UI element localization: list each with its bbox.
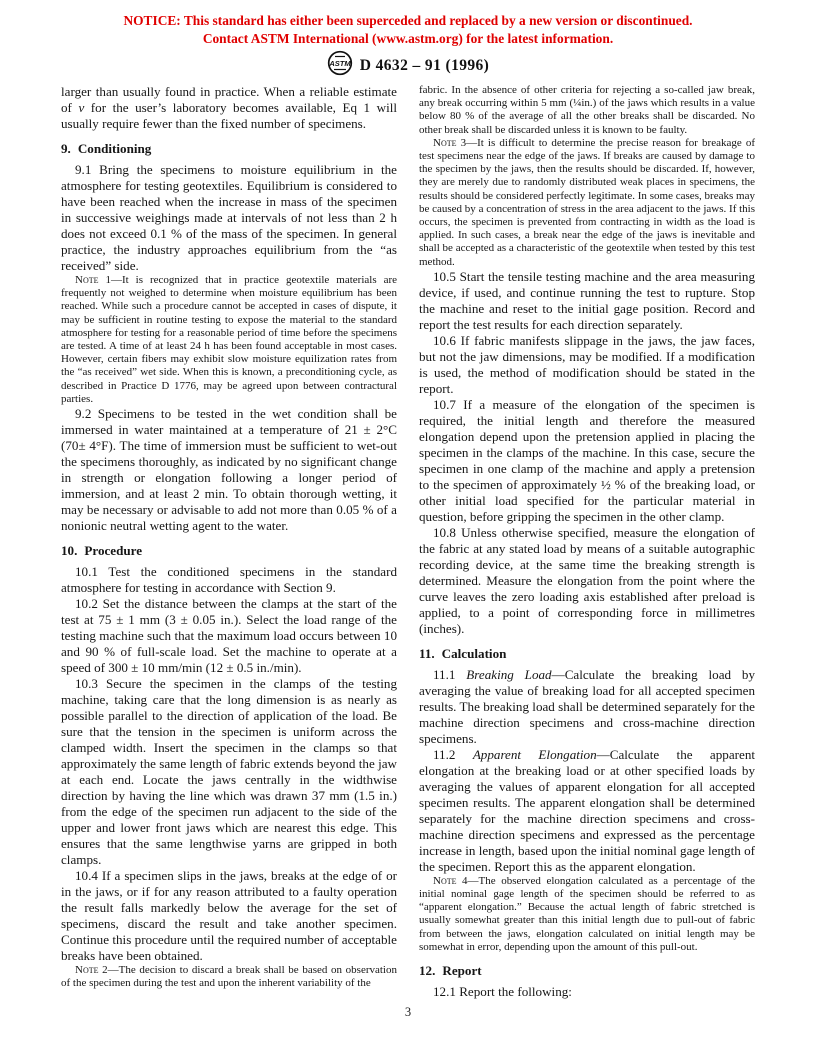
note-3: Note 3—It is difficult to determine the … (419, 137, 755, 269)
section-heading-11: 11.Calculation (419, 646, 755, 662)
section-heading-12: 12.Report (419, 963, 755, 979)
document-code: D 4632 – 91 (1996) (360, 57, 489, 75)
note-1-label: Note 1 (75, 274, 111, 286)
note-4-label: Note 4 (433, 875, 468, 887)
notice-line-2: Contact ASTM International (www.astm.org… (0, 30, 816, 48)
para-11-1: 11.1 Breaking Load—Calculate the breakin… (419, 667, 755, 747)
para-10-5: 10.5 Start the tensile testing machine a… (419, 269, 755, 333)
note-1: Note 1—It is recognized that in practice… (61, 274, 397, 406)
para-10-2: 10.2 Set the distance between the clamps… (61, 596, 397, 676)
section-heading-10: 10.Procedure (61, 543, 397, 559)
para-intro-continuation: larger than usually found in practice. W… (61, 84, 397, 132)
note-1-text: —It is recognized that in practice geote… (61, 274, 397, 405)
section-9-number: 9. (61, 141, 71, 156)
para-10-6: 10.6 If fabric manifests slippage in the… (419, 333, 755, 397)
para-10-1: 10.1 Test the conditioned specimens in t… (61, 564, 397, 596)
para-9-2: 9.2 Specimens to be tested in the wet co… (61, 406, 397, 534)
supersession-notice: NOTICE: This standard has either been su… (0, 12, 816, 48)
section-11-number: 11. (419, 646, 435, 661)
section-12-title: Report (442, 963, 481, 978)
note-3-label: Note 3 (433, 137, 466, 149)
para-12-1: 12.1 Report the following: (419, 984, 755, 1000)
para-11-2: 11.2 Apparent Elongation—Calculate the a… (419, 747, 755, 875)
para-11-2-text: —Calculate the apparent elongation at th… (419, 747, 755, 874)
section-12-number: 12. (419, 963, 435, 978)
section-heading-9: 9.Conditioning (61, 141, 397, 157)
note-2-label: Note 2 (75, 964, 108, 976)
section-9-title: Conditioning (78, 141, 152, 156)
document-code-line: ASTM D 4632 – 91 (1996) (0, 50, 816, 81)
astm-logo-icon: ASTM (327, 50, 353, 81)
para-11-2-term: Apparent Elongation (473, 747, 597, 762)
note-2-text: —The decision to discard a break shall b… (61, 964, 397, 989)
section-10-number: 10. (61, 543, 77, 558)
para-11-1-term: Breaking Load (466, 667, 551, 682)
note-4-text: —The observed elongation calculated as a… (419, 875, 755, 953)
intro-post: for the user’s laboratory becomes availa… (61, 100, 397, 131)
page-body: larger than usually found in practice. W… (61, 84, 755, 1000)
para-11-2-number: 11.2 (433, 747, 473, 762)
section-10-title: Procedure (84, 543, 142, 558)
para-10-7: 10.7 If a measure of the elongation of t… (419, 397, 755, 525)
left-column: larger than usually found in practice. W… (61, 84, 397, 1000)
section-11-title: Calculation (442, 646, 507, 661)
para-9-1: 9.1 Bring the specimens to moisture equi… (61, 162, 397, 274)
note-2: Note 2—The decision to discard a break s… (61, 964, 397, 990)
svg-text:ASTM: ASTM (328, 59, 351, 68)
note-2-continuation: fabric. In the absence of other criteria… (419, 84, 755, 137)
note-3-text: —It is difficult to determine the precis… (419, 137, 755, 268)
para-10-8: 10.8 Unless otherwise specified, measure… (419, 525, 755, 637)
note-4: Note 4—The observed elongation calculate… (419, 875, 755, 954)
para-10-4: 10.4 If a specimen slips in the jaws, br… (61, 868, 397, 964)
para-10-3: 10.3 Secure the specimen in the clamps o… (61, 676, 397, 868)
page-number: 3 (0, 1005, 816, 1020)
right-column: fabric. In the absence of other criteria… (419, 84, 755, 1000)
notice-line-1: NOTICE: This standard has either been su… (0, 12, 816, 30)
para-11-1-number: 11.1 (433, 667, 466, 682)
